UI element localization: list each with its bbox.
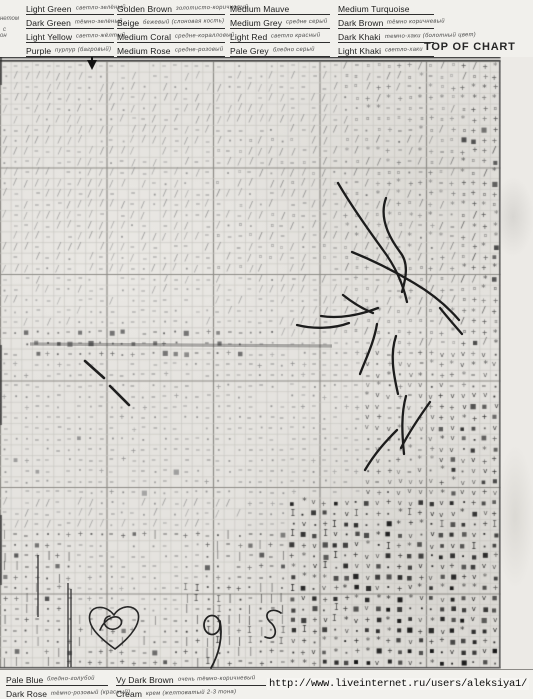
legend-item-vy-dark-brown: Vy Dark Brownочень тёмно-коричневый bbox=[116, 672, 266, 686]
legend-item-beige: Beigeбежевый (слоновая кость) bbox=[117, 15, 225, 29]
legend-item-golden-brown: Golden Brownзолотисто-коричневый bbox=[117, 1, 225, 15]
handwritten-translation: очень тёмно-коричневый bbox=[178, 675, 256, 684]
color-name: Purple bbox=[26, 46, 51, 56]
color-name: Light Khaki bbox=[338, 46, 381, 56]
color-name: Dark Brown bbox=[338, 18, 383, 28]
color-name: Medium Rose bbox=[117, 46, 171, 56]
handwritten-translation: средне-коралловый bbox=[175, 32, 235, 40]
color-name: Medium Turquoise bbox=[338, 4, 410, 14]
legend-item-dark-khaki: Dark Khakiтемно-хаки (болотный цвет) bbox=[338, 29, 434, 43]
legend-item-medium-coral: Medium Coralсредне-коралловый bbox=[117, 29, 225, 43]
color-name: Vy Dark Brown bbox=[116, 675, 174, 685]
handwritten-translation: темно-хаки (болотный цвет) bbox=[385, 32, 476, 41]
handwritten-translation: средне серый bbox=[286, 19, 328, 27]
color-name: Dark Khaki bbox=[338, 32, 381, 42]
handwritten-translation: светло-хаки bbox=[385, 47, 423, 55]
color-name: Cream bbox=[116, 689, 142, 699]
legend-item-light-khaki: Light Khakiсветло-хаки bbox=[338, 43, 434, 57]
color-name: Light Green bbox=[26, 4, 72, 14]
cut-off-handwriting-fragment: нетом bbox=[0, 16, 19, 22]
handwritten-translation: крем (желтоватый 2-3 тона) bbox=[146, 689, 237, 698]
legend-item-purple: Purpleпурпур (багровый) bbox=[26, 43, 114, 57]
legend-item-dark-green: Dark Greenтёмно-зелёный bbox=[26, 15, 114, 29]
handwritten-translation: бледно серый bbox=[273, 47, 315, 55]
legend-item-light-green: Light Greenсветло-зелёный bbox=[26, 1, 114, 15]
legend-item-cream: Creamкрем (желтоватый 2-3 тона) bbox=[116, 686, 266, 699]
handwritten-translation: средне-розовый bbox=[174, 46, 223, 54]
watermark-url: http://www.liveinternet.ru/users/aleksiy… bbox=[267, 678, 529, 690]
legend-item-pale-blue: Pale Blueбледно-голубой bbox=[6, 672, 108, 686]
color-name: Dark Green bbox=[26, 18, 71, 28]
color-name: Pale Grey bbox=[230, 46, 269, 56]
color-name: Medium Grey bbox=[230, 18, 282, 28]
handwritten-translation: тёмно коричневый bbox=[387, 18, 445, 26]
legend-item-medium-grey: Medium Greyсредне серый bbox=[230, 15, 330, 29]
handwritten-translation: светло красный bbox=[271, 32, 321, 40]
color-name: Medium Mauve bbox=[230, 4, 289, 14]
color-name: Pale Blue bbox=[6, 675, 43, 685]
color-name: Dark Rose bbox=[6, 689, 47, 699]
handwritten-translation: бежевый (слоновая кость) bbox=[143, 18, 225, 27]
legend-item-dark-rose: Dark Roseтёмно-розовый (красный) bbox=[6, 686, 108, 699]
color-legend-top: TOP OF CHART Light Greenсветло-зелёныйDa… bbox=[0, 0, 533, 57]
stitch-symbol-grid bbox=[0, 57, 533, 669]
legend-item-light-yellow: Light Yellowсветло-жёлтый bbox=[26, 29, 114, 43]
paper-right-margin bbox=[501, 57, 533, 669]
color-name: Light Red bbox=[230, 32, 267, 42]
legend-item-medium-rose: Medium Roseсредне-розовый bbox=[117, 43, 225, 57]
handwritten-translation: пурпур (багровый) bbox=[55, 46, 111, 54]
legend-item-light-red: Light Redсветло красный bbox=[230, 29, 330, 43]
handwritten-translation: тёмно-зелёный bbox=[75, 19, 123, 27]
color-name: Beige bbox=[117, 18, 139, 28]
legend-item-pale-grey: Pale Greyбледно серый bbox=[230, 43, 330, 57]
color-name: Golden Brown bbox=[117, 4, 172, 14]
legend-item-dark-brown: Dark Brownтёмно коричневый bbox=[338, 15, 434, 29]
legend-item-medium-turquoise: Medium Turquoise bbox=[338, 1, 434, 15]
color-name: Medium Coral bbox=[117, 32, 171, 42]
cut-off-handwriting-fragment: он bbox=[0, 33, 7, 39]
color-name: Light Yellow bbox=[26, 32, 72, 42]
legend-item-medium-mauve: Medium Mauve bbox=[230, 1, 330, 15]
handwritten-translation: бледно-голубой bbox=[47, 675, 95, 683]
scanned-cross-stitch-chart-page: TOP OF CHART Light Greenсветло-зелёныйDa… bbox=[0, 0, 533, 699]
top-of-chart-label: TOP OF CHART bbox=[424, 41, 516, 53]
